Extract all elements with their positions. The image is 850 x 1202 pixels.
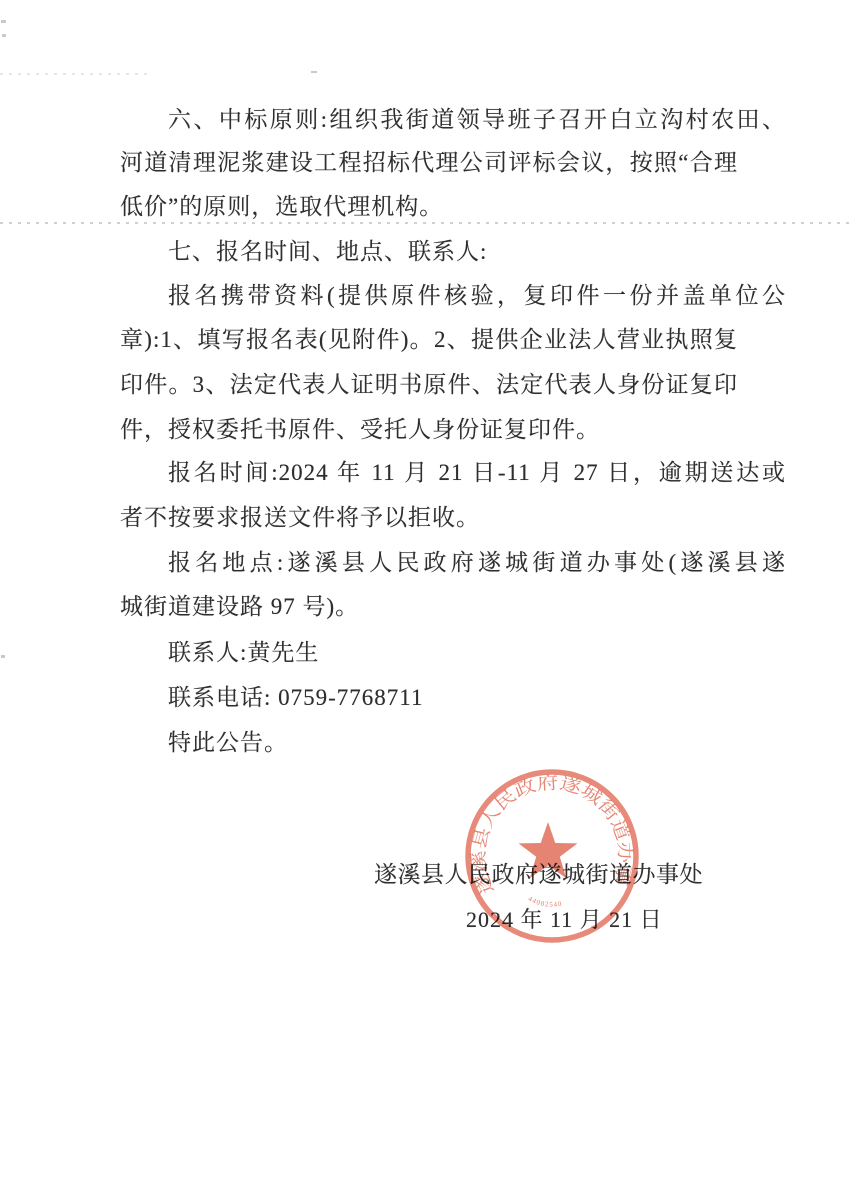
scan-artifact-speck bbox=[1, 655, 5, 658]
body-line: 河道清理泥浆建设工程招标代理公司评标会议，按照“合理 bbox=[120, 148, 738, 182]
svg-text:44082540: 44082540 bbox=[527, 895, 563, 909]
scan-artifact-line bbox=[0, 73, 150, 75]
contact-person-line: 联系人:黄先生 bbox=[120, 638, 786, 672]
body-line: 章):1、填写报名表(见附件)。2、提供企业法人营业执照复 bbox=[120, 325, 738, 359]
body-line: 件，授权委托书原件、受托人身份证复印件。 bbox=[120, 415, 738, 449]
body-line: 六、中标原则:组织我街道领导班子召开白立沟村农田、 bbox=[120, 105, 786, 139]
body-line: 七、报名时间、地点、联系人: bbox=[120, 237, 786, 271]
scan-artifact-speck bbox=[2, 34, 6, 37]
seal-star-icon bbox=[519, 822, 578, 878]
seal-serial-text: 44082540 bbox=[527, 895, 563, 909]
contact-phone-line: 联系电话: 0759-7768711 bbox=[120, 683, 786, 717]
body-line: 者不按要求报送文件将予以拒收。 bbox=[120, 503, 738, 537]
body-line: 报名时间:2024 年 11 月 21 日-11 月 27 日，逾期送达或 bbox=[120, 458, 786, 492]
official-seal: 遂溪县人民政府遂城街道办事处 44082540 bbox=[442, 747, 662, 967]
body-line: 低价”的原则，选取代理机构。 bbox=[120, 192, 738, 226]
body-line: 报名地点:遂溪县人民政府遂城街道办事处(遂溪县遂 bbox=[120, 548, 786, 582]
scan-artifact-speck bbox=[1, 20, 6, 23]
scanned-document-page: 六、中标原则:组织我街道领导班子召开白立沟村农田、 河道清理泥浆建设工程招标代理… bbox=[0, 0, 850, 1202]
body-line: 印件。3、法定代表人证明书原件、法定代表人身份证复印 bbox=[120, 370, 738, 404]
body-line: 城街道建设路 97 号)。 bbox=[120, 592, 738, 626]
body-line: 报名携带资料(提供原件核验，复印件一份并盖单位公 bbox=[120, 281, 786, 315]
scan-artifact-speck bbox=[311, 71, 317, 73]
